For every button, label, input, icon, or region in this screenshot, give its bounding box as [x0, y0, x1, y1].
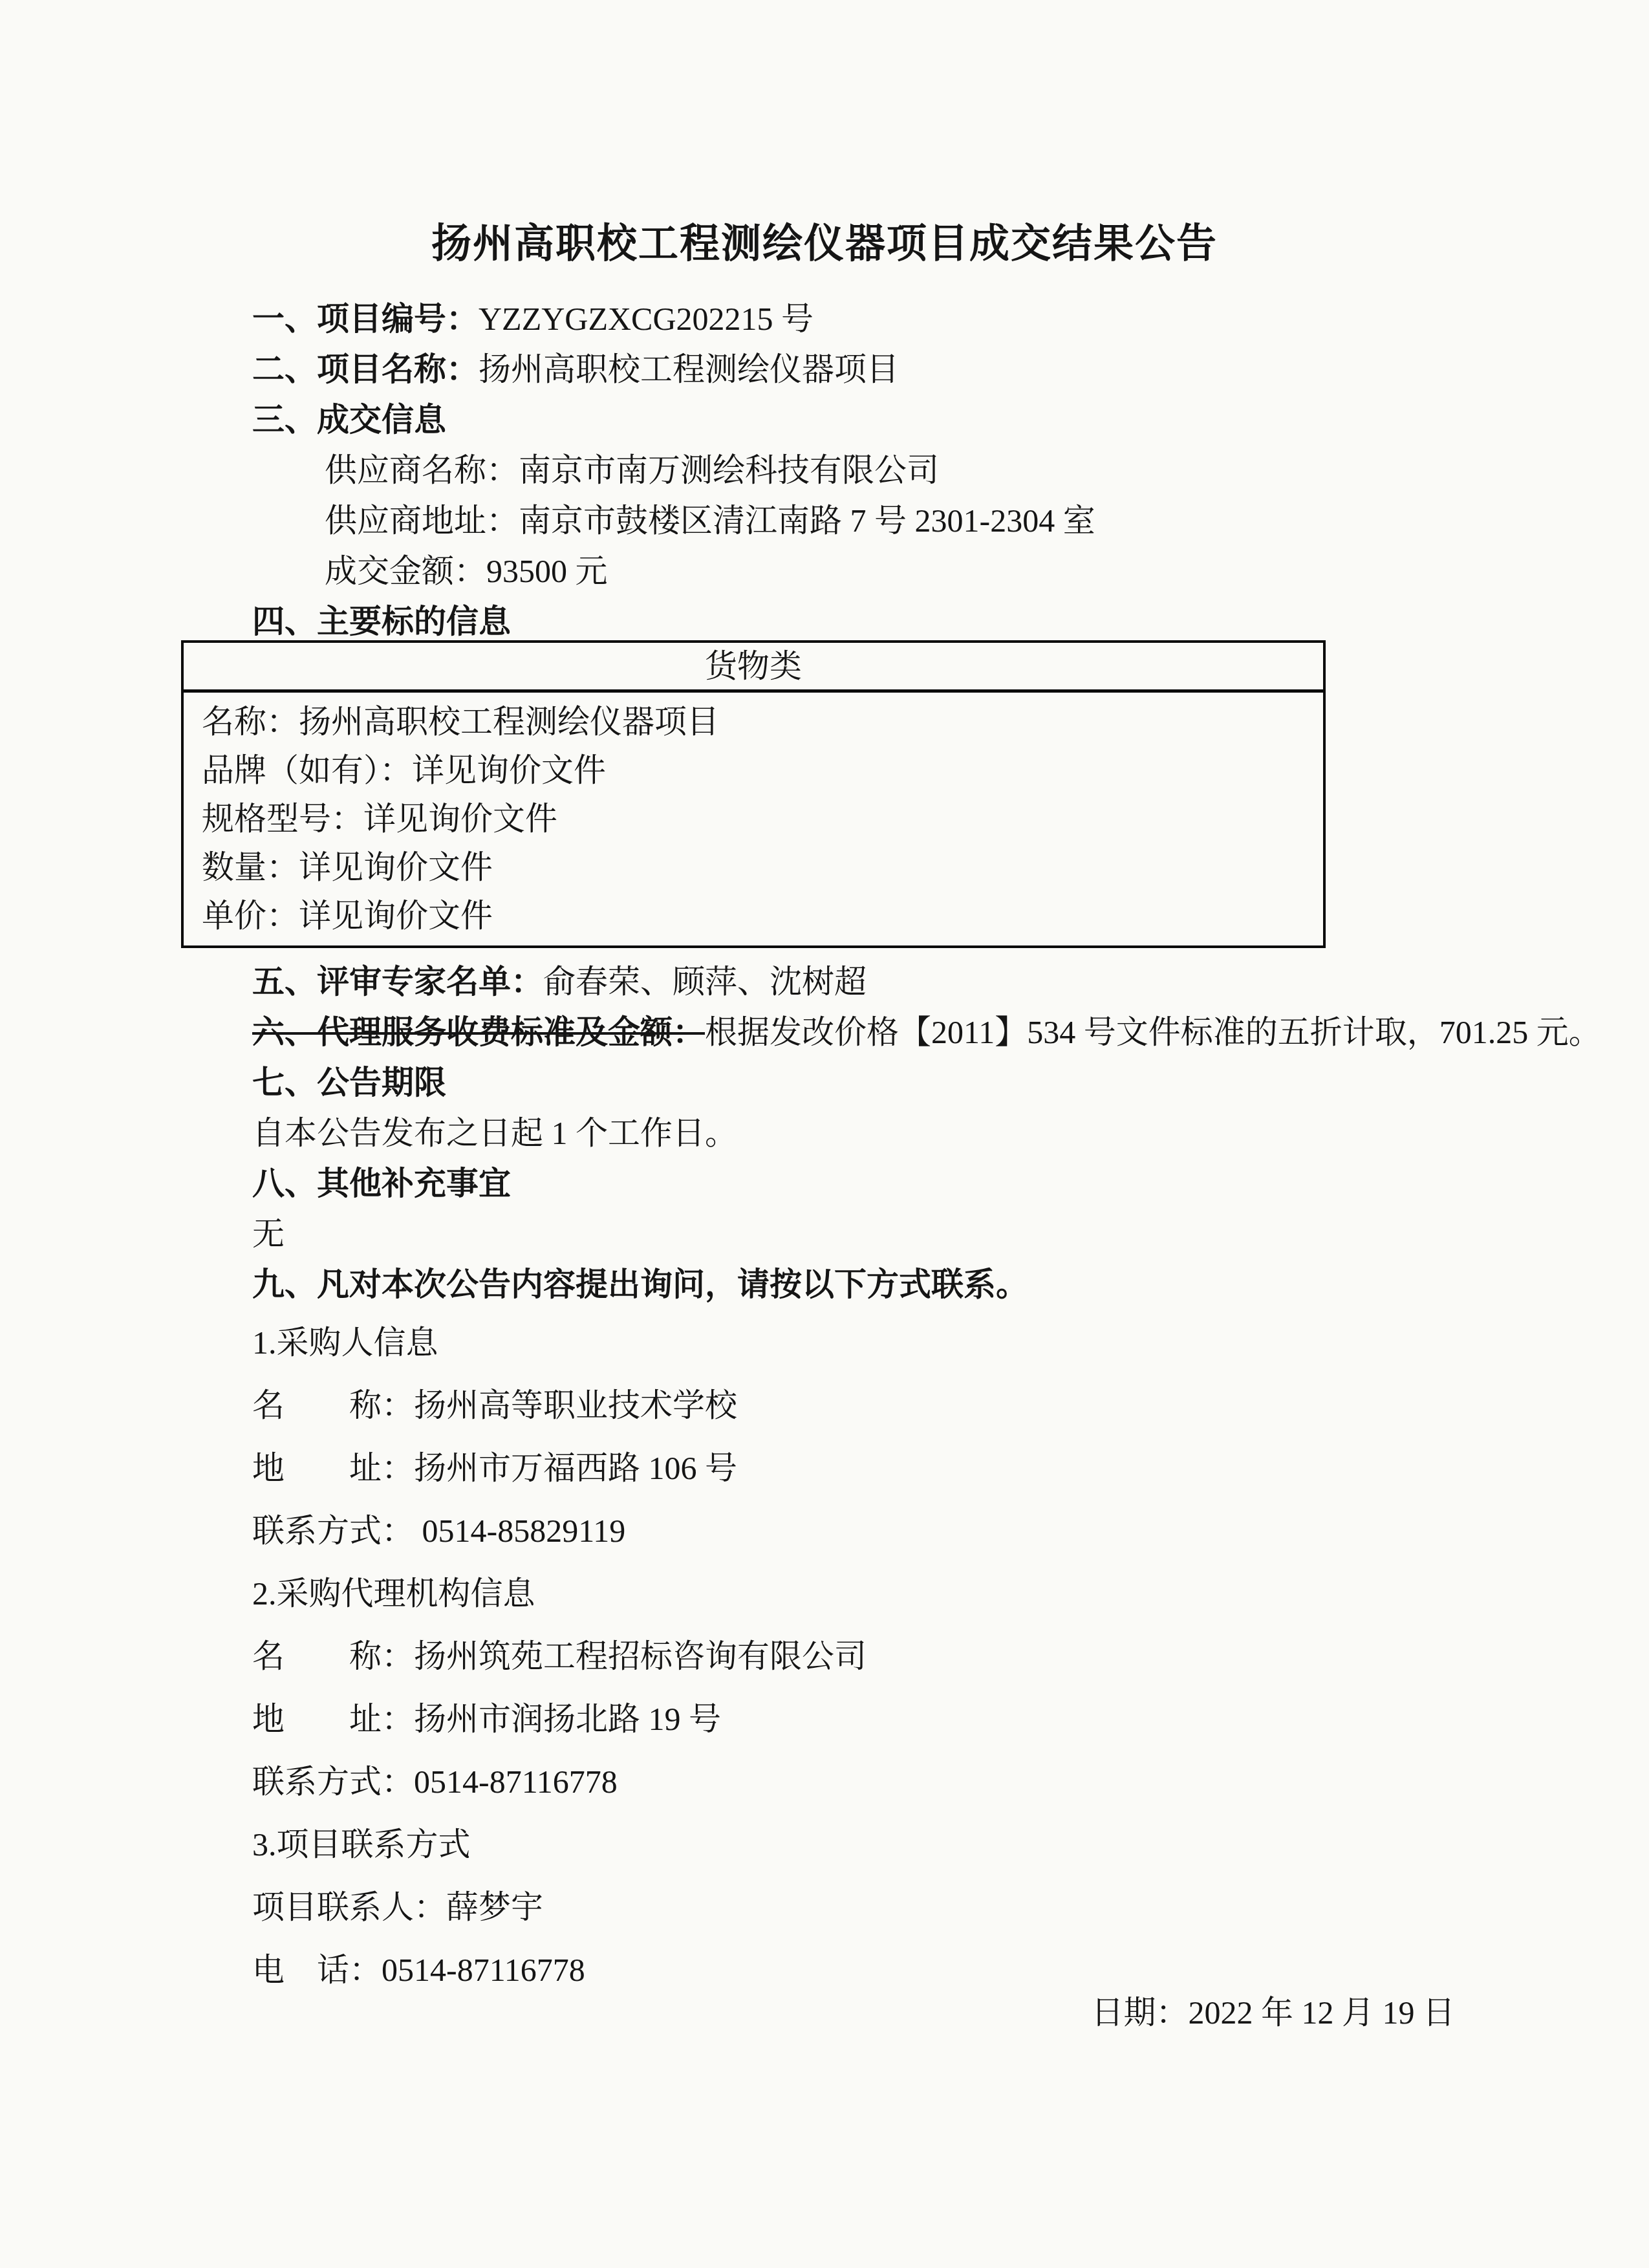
project-name-value: 扬州高职校工程测绘仪器项目 — [479, 351, 899, 387]
table-body: 名称：扬州高职校工程测绘仪器项目 品牌（如有）：详见询价文件 规格型号：详见询价… — [184, 693, 1323, 945]
project-number-line: 一、项目编号：YZZYGZXCG202215 号 — [252, 294, 1624, 344]
supplier-address-line: 供应商地址：南京市鼓楼区清江南路 7 号 2301-2304 室 — [252, 495, 1624, 546]
agency-name-line: 名 称：扬州筑苑工程招标咨询有限公司 — [252, 1625, 1624, 1688]
table-row-unit-price: 单价：详见询价文件 — [202, 892, 1323, 940]
table-row-brand: 品牌（如有）：详见询价文件 — [202, 746, 1323, 795]
contact-sections: 1.采购人信息 名 称：扬州高等职业技术学校 地 址：扬州市万福西路 106 号… — [252, 1312, 1624, 2002]
project-name-line: 二、项目名称：扬州高职校工程测绘仪器项目 — [252, 344, 1624, 394]
purchaser-tel-line: 联系方式： 0514-85829119 — [252, 1500, 1624, 1562]
purchaser-tel: 0514-85829119 — [414, 1513, 625, 1549]
agency-fee-label: 六、代理服务收费标准及金额： — [252, 1014, 705, 1050]
page-title: 扬州高职校工程测绘仪器项目成交结果公告 — [0, 217, 1649, 272]
agency-tel: 0514-87116778 — [414, 1764, 618, 1800]
supplier-address-label: 供应商地址： — [325, 502, 519, 539]
experts-line: 五、评审专家名单：俞春荣、顾萍、沈树超 — [252, 956, 1624, 1007]
table-row-quantity: 数量：详见询价文件 — [202, 843, 1323, 892]
subject-matter-table: 货物类 名称：扬州高职校工程测绘仪器项目 品牌（如有）：详见询价文件 规格型号：… — [181, 640, 1326, 948]
agency-info-title: 2.采购代理机构信息 — [252, 1562, 1624, 1625]
project-name-label: 二、项目名称： — [252, 351, 479, 387]
date-line: 日期：2022 年 12 月 19 日 — [1092, 1994, 1456, 2031]
purchaser-info-title: 1.采购人信息 — [252, 1312, 1624, 1374]
deal-amount-value: 93500 元 — [486, 553, 608, 589]
deal-amount-line: 成交金额：93500 元 — [252, 546, 1624, 596]
agency-name: 扬州筑苑工程招标咨询有限公司 — [414, 1638, 867, 1674]
inquiry-heading: 九、凡对本次公告内容提出询问，请按以下方式联系。 — [252, 1259, 1624, 1310]
supplementary-heading: 八、其他补充事宜 — [252, 1158, 1624, 1209]
purchaser-name-line: 名 称：扬州高等职业技术学校 — [252, 1374, 1624, 1437]
deal-info-heading: 三、成交信息 — [252, 394, 1624, 445]
supplier-name-value: 南京市南万测绘科技有限公司 — [519, 452, 939, 488]
subject-info-heading: 四、主要标的信息 — [252, 596, 1624, 647]
experts-label: 五、评审专家名单： — [252, 964, 543, 1000]
supplementary-body: 无 — [252, 1209, 1624, 1259]
top-sections: 一、项目编号：YZZYGZXCG202215 号 二、项目名称：扬州高职校工程测… — [252, 294, 1624, 647]
project-number-label: 一、项目编号： — [252, 301, 479, 337]
supplier-name-label: 供应商名称： — [325, 452, 519, 488]
table-row-spec: 规格型号：详见询价文件 — [202, 795, 1323, 843]
deal-amount-label: 成交金额： — [325, 553, 486, 589]
project-contact-person-line: 项目联系人：薛梦宇 — [252, 1876, 1624, 1939]
project-contact-title: 3.项目联系方式 — [252, 1813, 1624, 1876]
purchaser-name: 扬州高等职业技术学校 — [414, 1387, 737, 1423]
announcement-period-body: 自本公告发布之日起 1 个工作日。 — [252, 1108, 1624, 1158]
agency-fee-line: 六、代理服务收费标准及金额：根据发改价格【2011】534 号文件标准的五折计取… — [252, 1007, 1624, 1057]
agency-fee-value: 根据发改价格【2011】534 号文件标准的五折计取，701.25 元。 — [705, 1014, 1601, 1050]
announcement-period-heading: 七、公告期限 — [252, 1057, 1624, 1108]
agency-tel-line: 联系方式：0514-87116778 — [252, 1751, 1624, 1813]
project-contact-person: 薛梦宇 — [446, 1889, 543, 1925]
middle-sections: 五、评审专家名单：俞春荣、顾萍、沈树超 六、代理服务收费标准及金额：根据发改价格… — [252, 956, 1624, 1310]
agency-address-line: 地 址：扬州市润扬北路 19 号 — [252, 1688, 1624, 1751]
table-header-goods-category: 货物类 — [184, 643, 1323, 693]
supplier-name-line: 供应商名称：南京市南万测绘科技有限公司 — [252, 445, 1624, 495]
announcement-page: 扬州高职校工程测绘仪器项目成交结果公告 一、项目编号：YZZYGZXCG2022… — [0, 0, 1649, 2268]
table-row-name: 名称：扬州高职校工程测绘仪器项目 — [202, 698, 1323, 746]
experts-value: 俞春荣、顾萍、沈树超 — [543, 964, 867, 1000]
supplier-address-value: 南京市鼓楼区清江南路 7 号 2301-2304 室 — [519, 502, 1095, 539]
project-number-value: YZZYGZXCG202215 号 — [479, 301, 814, 337]
purchaser-address-line: 地 址：扬州市万福西路 106 号 — [252, 1437, 1624, 1500]
agency-address: 扬州市润扬北路 19 号 — [414, 1701, 721, 1737]
project-contact-tel-line: 电 话：0514-87116778 — [252, 1939, 1624, 2002]
purchaser-address: 扬州市万福西路 106 号 — [414, 1450, 737, 1486]
project-contact-tel: 0514-87116778 — [382, 1952, 585, 1988]
